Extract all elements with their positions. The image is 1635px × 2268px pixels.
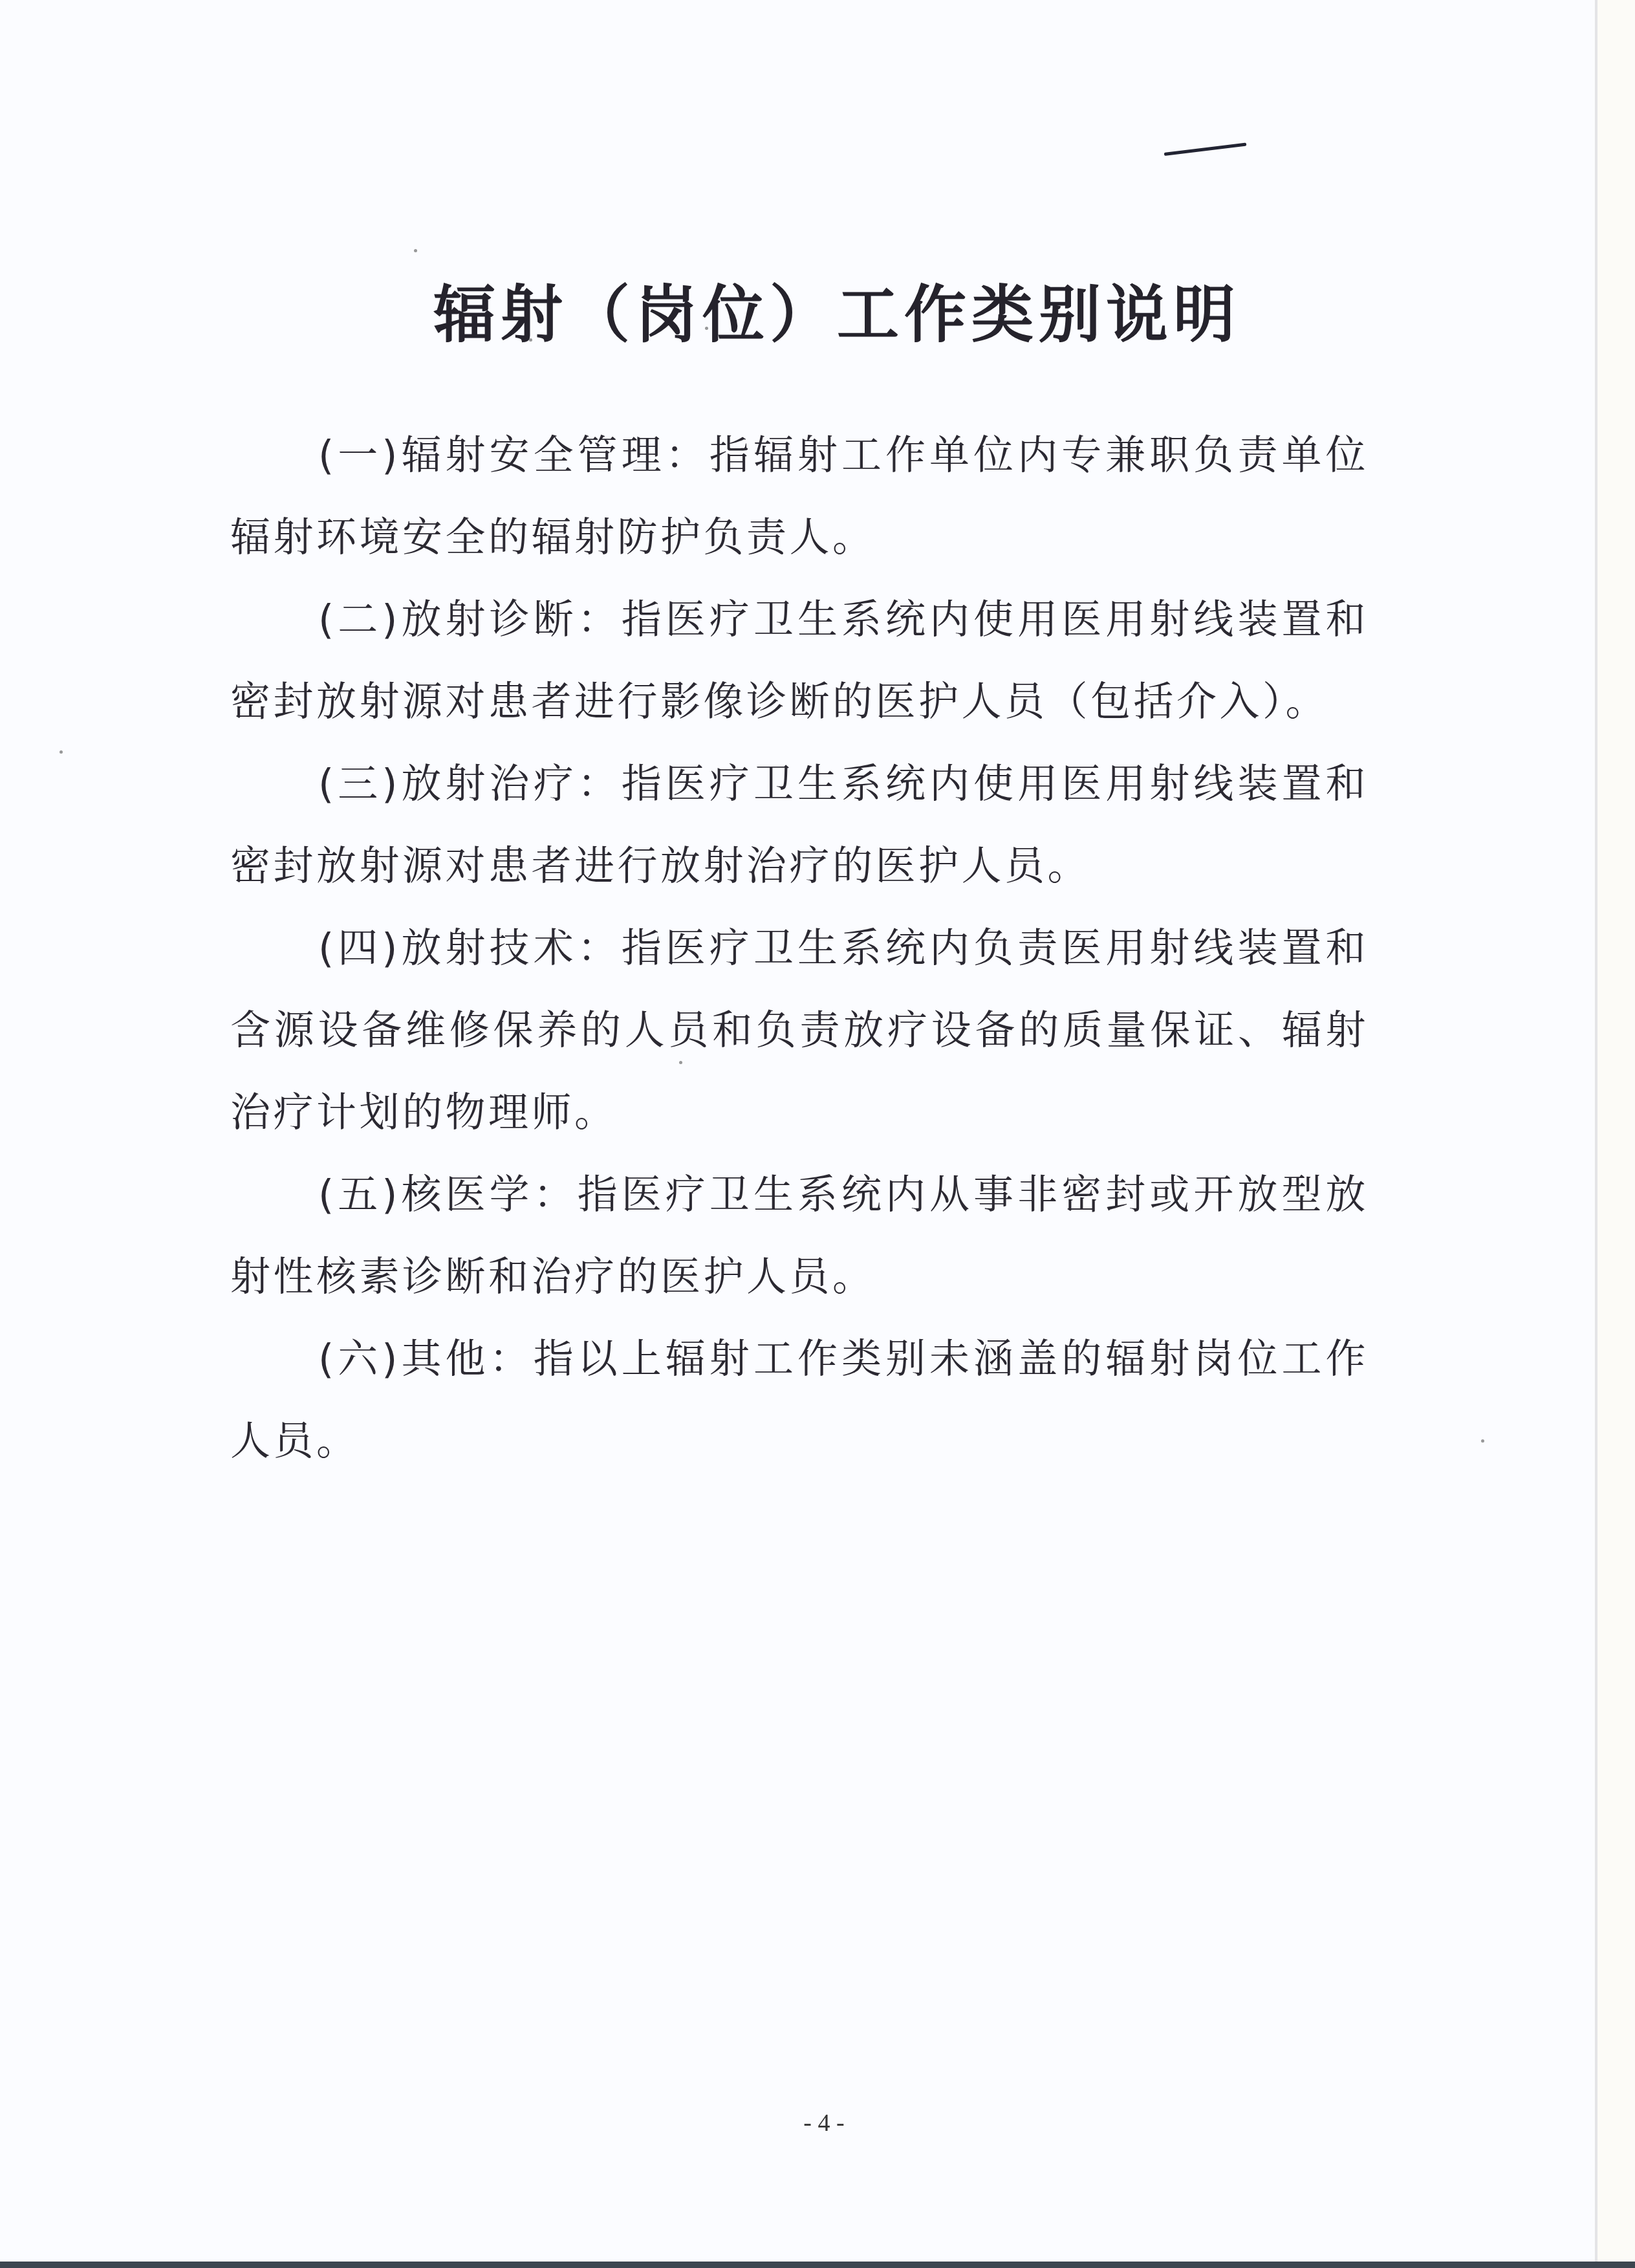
scan-speck [1481, 1439, 1484, 1443]
scanner-margin [1597, 0, 1635, 2268]
paragraph-radiotherapy: (三)放射治疗：指医疗卫生系统内使用医用射线装置和密封放射源对患者进行放射治疗的… [230, 743, 1369, 907]
paragraph-nuclear-medicine: (五)核医学：指医疗卫生系统内从事非密封或开放型放射性核素诊断和治疗的医护人员。 [230, 1153, 1369, 1318]
paragraph-radiation-technology: (四)放射技术：指医疗卫生系统内负责医用射线装置和含源设备维修保养的人员和负责放… [230, 907, 1369, 1153]
paragraph-other: (六)其他：指以上辐射工作类别未涵盖的辐射岗位工作人员。 [230, 1318, 1369, 1482]
scanner-bottom-edge [0, 2262, 1635, 2268]
page-number: - 4 - [0, 2109, 1635, 2137]
document-body: (一)辐射安全管理：指辐射工作单位内专兼职负责单位辐射环境安全的辐射防护负责人。… [230, 414, 1369, 1482]
paragraph-radiation-safety-management: (一)辐射安全管理：指辐射工作单位内专兼职负责单位辐射环境安全的辐射防护负责人。 [230, 414, 1369, 578]
pen-stroke-mark [1164, 142, 1247, 156]
paragraph-radiology-diagnosis: (二)放射诊断：指医疗卫生系统内使用医用射线装置和密封放射源对患者进行影像诊断的… [230, 578, 1369, 743]
scan-speck [414, 249, 417, 252]
scan-speck [60, 750, 63, 754]
scanned-page: 辐射（岗位）工作类别说明 (一)辐射安全管理：指辐射工作单位内专兼职负责单位辐射… [0, 0, 1592, 2262]
document-title: 辐射（岗位）工作类别说明 [0, 276, 1635, 353]
